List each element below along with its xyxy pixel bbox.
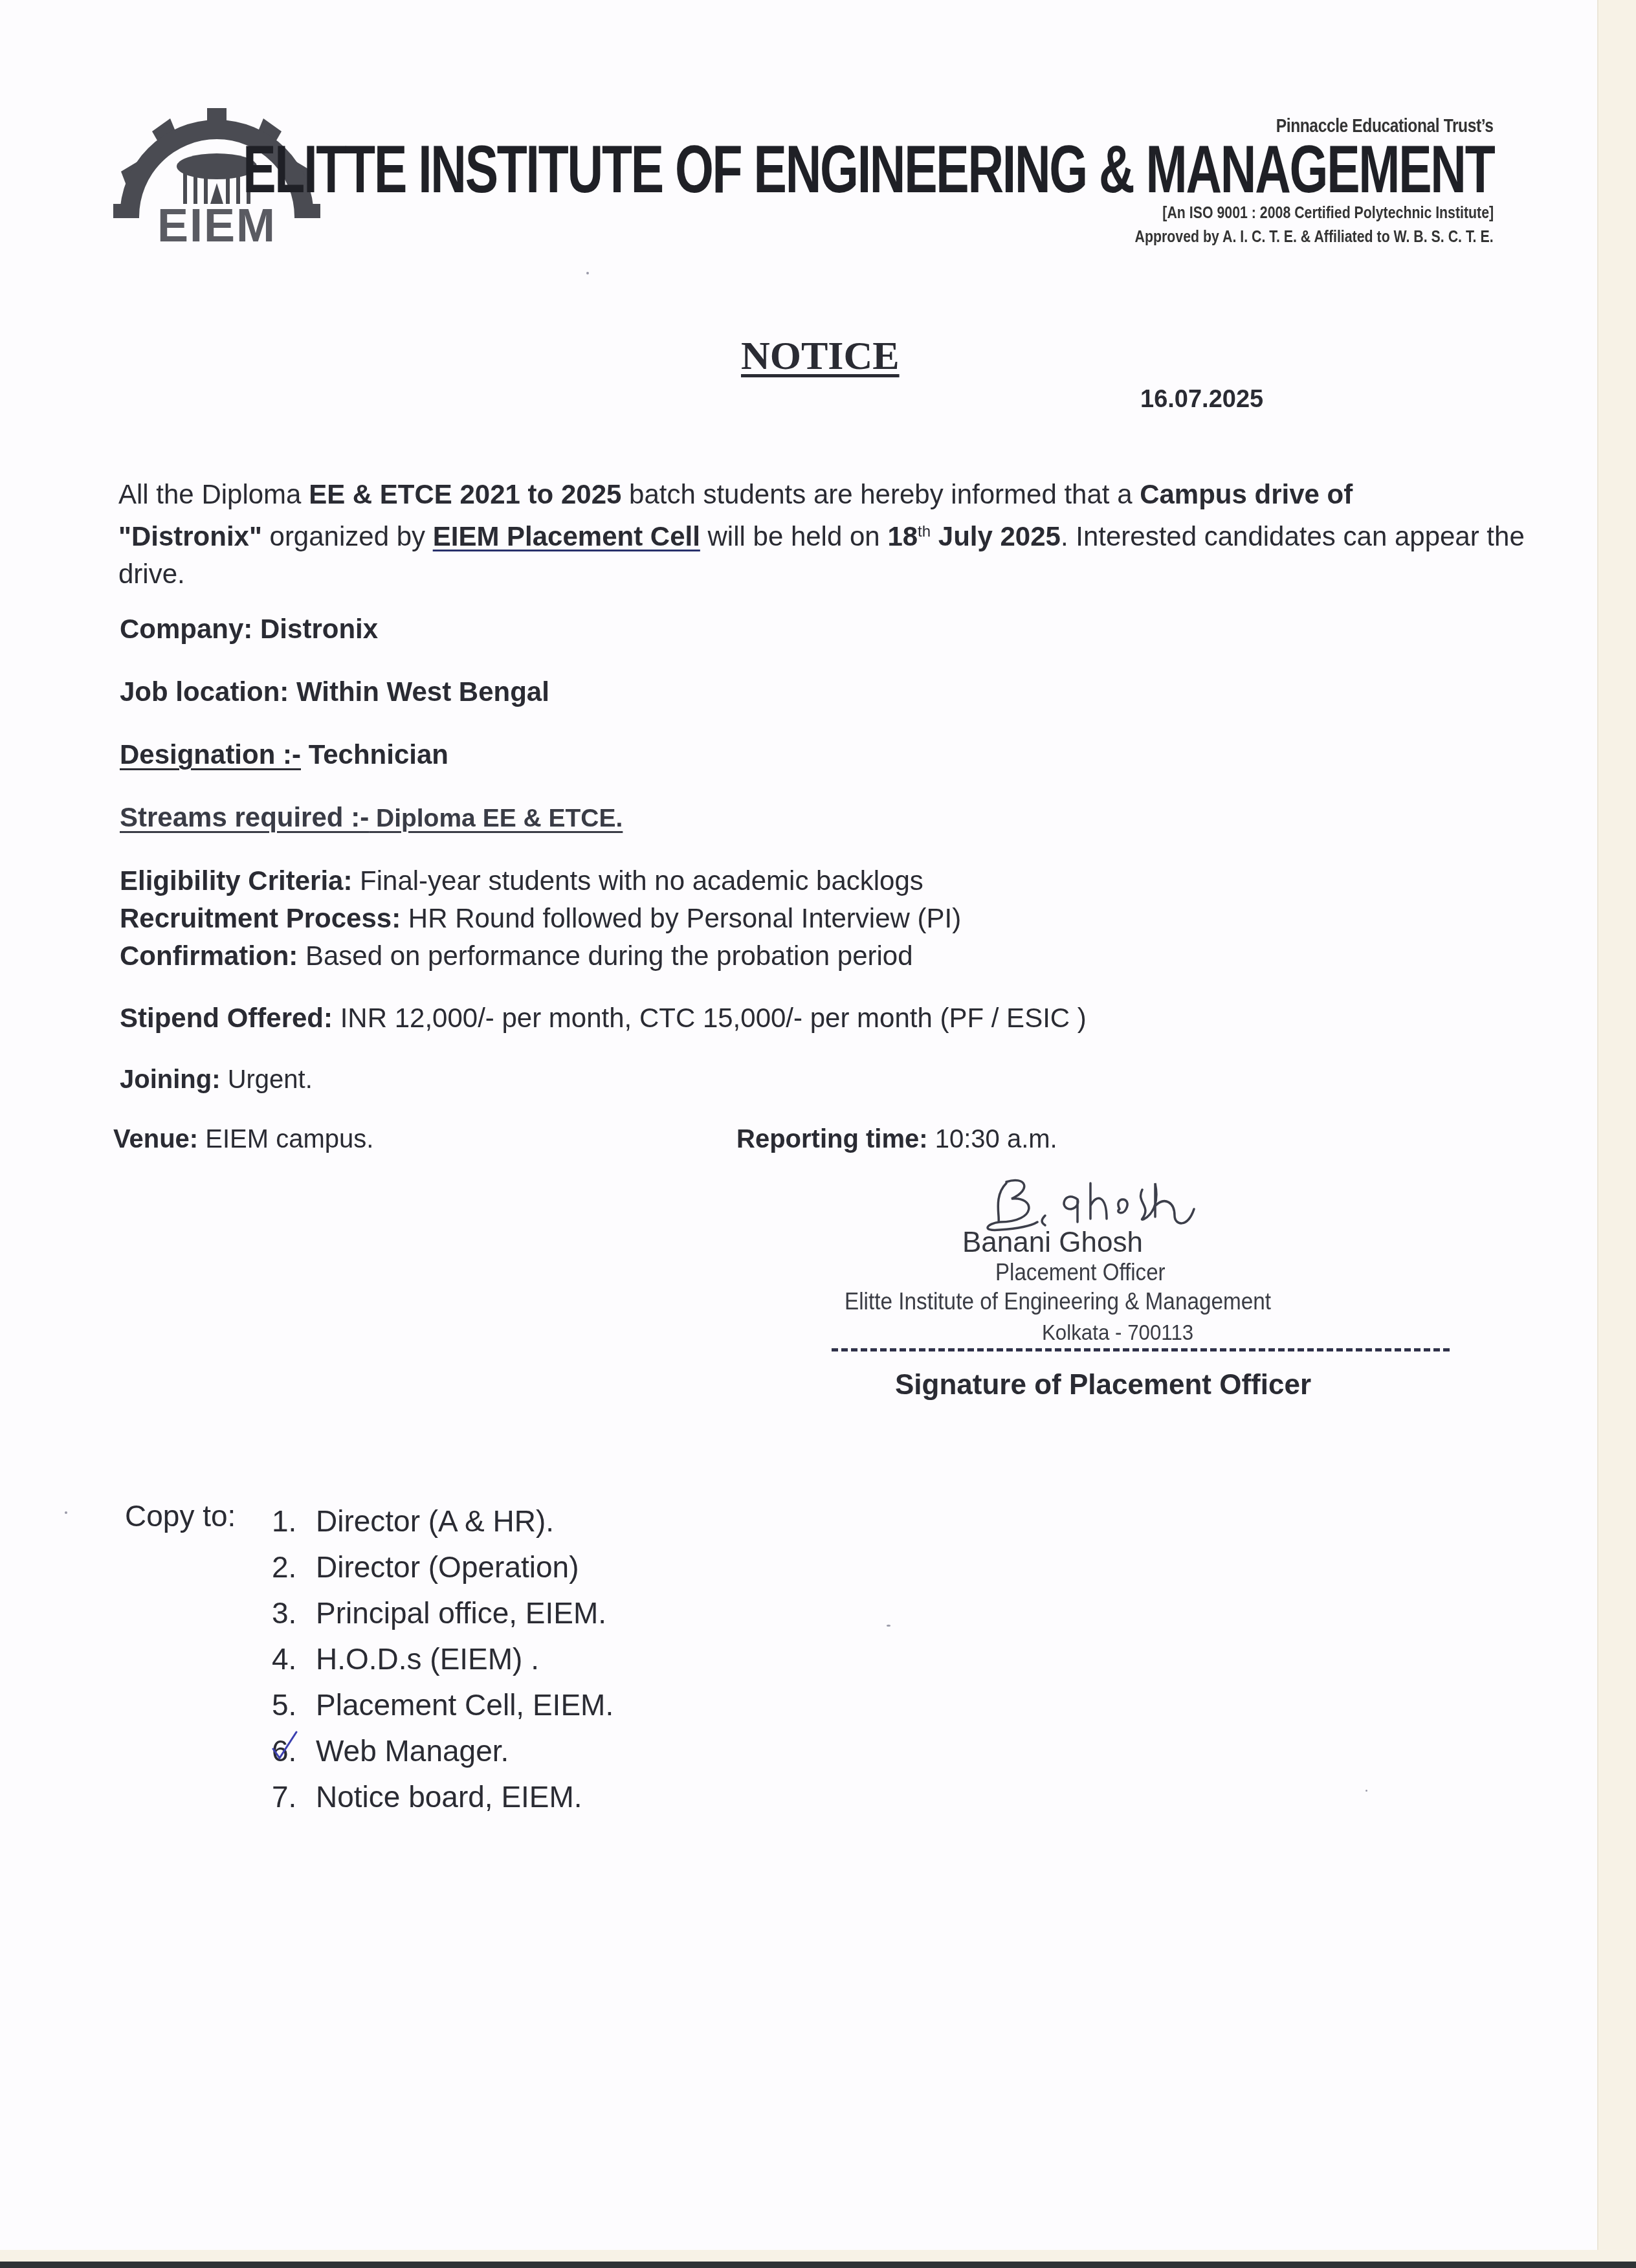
institute-name: ELITTE INSTITUTE OF ENGINEERING & MANAGE… bbox=[243, 133, 1494, 206]
signatory-name: Banani Ghosh bbox=[962, 1227, 1143, 1259]
list-item: 7.Notice board, EIEM. bbox=[272, 1774, 613, 1820]
scanned-page: EIEM Pinnaccle Educational Trust’s ELITT… bbox=[0, 0, 1597, 2250]
list-item: 1.Director (A & HR). bbox=[272, 1498, 613, 1544]
scanner-border bbox=[0, 2262, 1636, 2268]
scan-speck bbox=[65, 1511, 67, 1514]
list-item: 5.Placement Cell, EIEM. bbox=[272, 1682, 613, 1728]
stipend-field: Stipend Offered: INR 12,000/- per month,… bbox=[120, 1003, 1087, 1034]
scan-speck bbox=[586, 272, 589, 274]
venue-field: Venue: EIEM campus. bbox=[113, 1125, 373, 1154]
list-item: 3.Principal office, EIEM. bbox=[272, 1590, 613, 1636]
list-item: 2.Director (Operation) bbox=[272, 1544, 613, 1590]
list-item: 4.H.O.D.s (EIEM) . bbox=[272, 1636, 613, 1682]
checkmark-icon bbox=[272, 1731, 298, 1763]
handwritten-signature-icon bbox=[980, 1170, 1226, 1235]
copy-to-list: 1.Director (A & HR). 2.Director (Operati… bbox=[272, 1498, 613, 1820]
signature-caption: Signature of Placement Officer bbox=[895, 1369, 1311, 1401]
scan-edge-right bbox=[1597, 0, 1636, 2268]
reporting-time-field: Reporting time: 10:30 a.m. bbox=[736, 1125, 1057, 1154]
scan-speck bbox=[1365, 1790, 1367, 1792]
list-item: 6.Web Manager. bbox=[272, 1728, 613, 1774]
joining-field: Joining: Urgent. bbox=[120, 1065, 313, 1095]
intro-paragraph: All the Diploma EE & ETCE 2021 to 2025 b… bbox=[118, 476, 1529, 593]
streams-field: Streams required :- Diploma EE & ETCE. bbox=[120, 802, 623, 833]
confirmation-field: Confirmation: Based on performance durin… bbox=[120, 940, 913, 972]
job-location-field: Job location: Within West Bengal bbox=[120, 676, 549, 707]
iso-certification: [An ISO 9001 : 2008 Certified Polytechni… bbox=[1162, 203, 1494, 223]
signatory-institute: Elitte Institute of Engineering & Manage… bbox=[845, 1288, 1271, 1315]
signature-line bbox=[832, 1348, 1450, 1351]
scan-speck bbox=[887, 1625, 890, 1627]
designation-field: Designation :- Technician bbox=[120, 739, 448, 770]
notice-date: 16.07.2025 bbox=[1140, 386, 1263, 414]
copy-to-label: Copy to: bbox=[125, 1498, 236, 1533]
company-field: Company: Distronix bbox=[120, 614, 378, 645]
signatory-role: Placement Officer bbox=[995, 1259, 1166, 1286]
approval-line: Approved by A. I. C. T. E. & Affiliated … bbox=[1135, 227, 1494, 247]
organizer-name: EIEM Placement Cell bbox=[433, 521, 700, 551]
signatory-city: Kolkata - 700113 bbox=[1042, 1320, 1193, 1346]
recruitment-field: Recruitment Process: HR Round followed b… bbox=[120, 903, 961, 934]
eligibility-field: Eligibility Criteria: Final-year student… bbox=[120, 865, 923, 896]
notice-title: NOTICE bbox=[741, 333, 900, 379]
scan-edge-bottom bbox=[0, 2250, 1636, 2263]
